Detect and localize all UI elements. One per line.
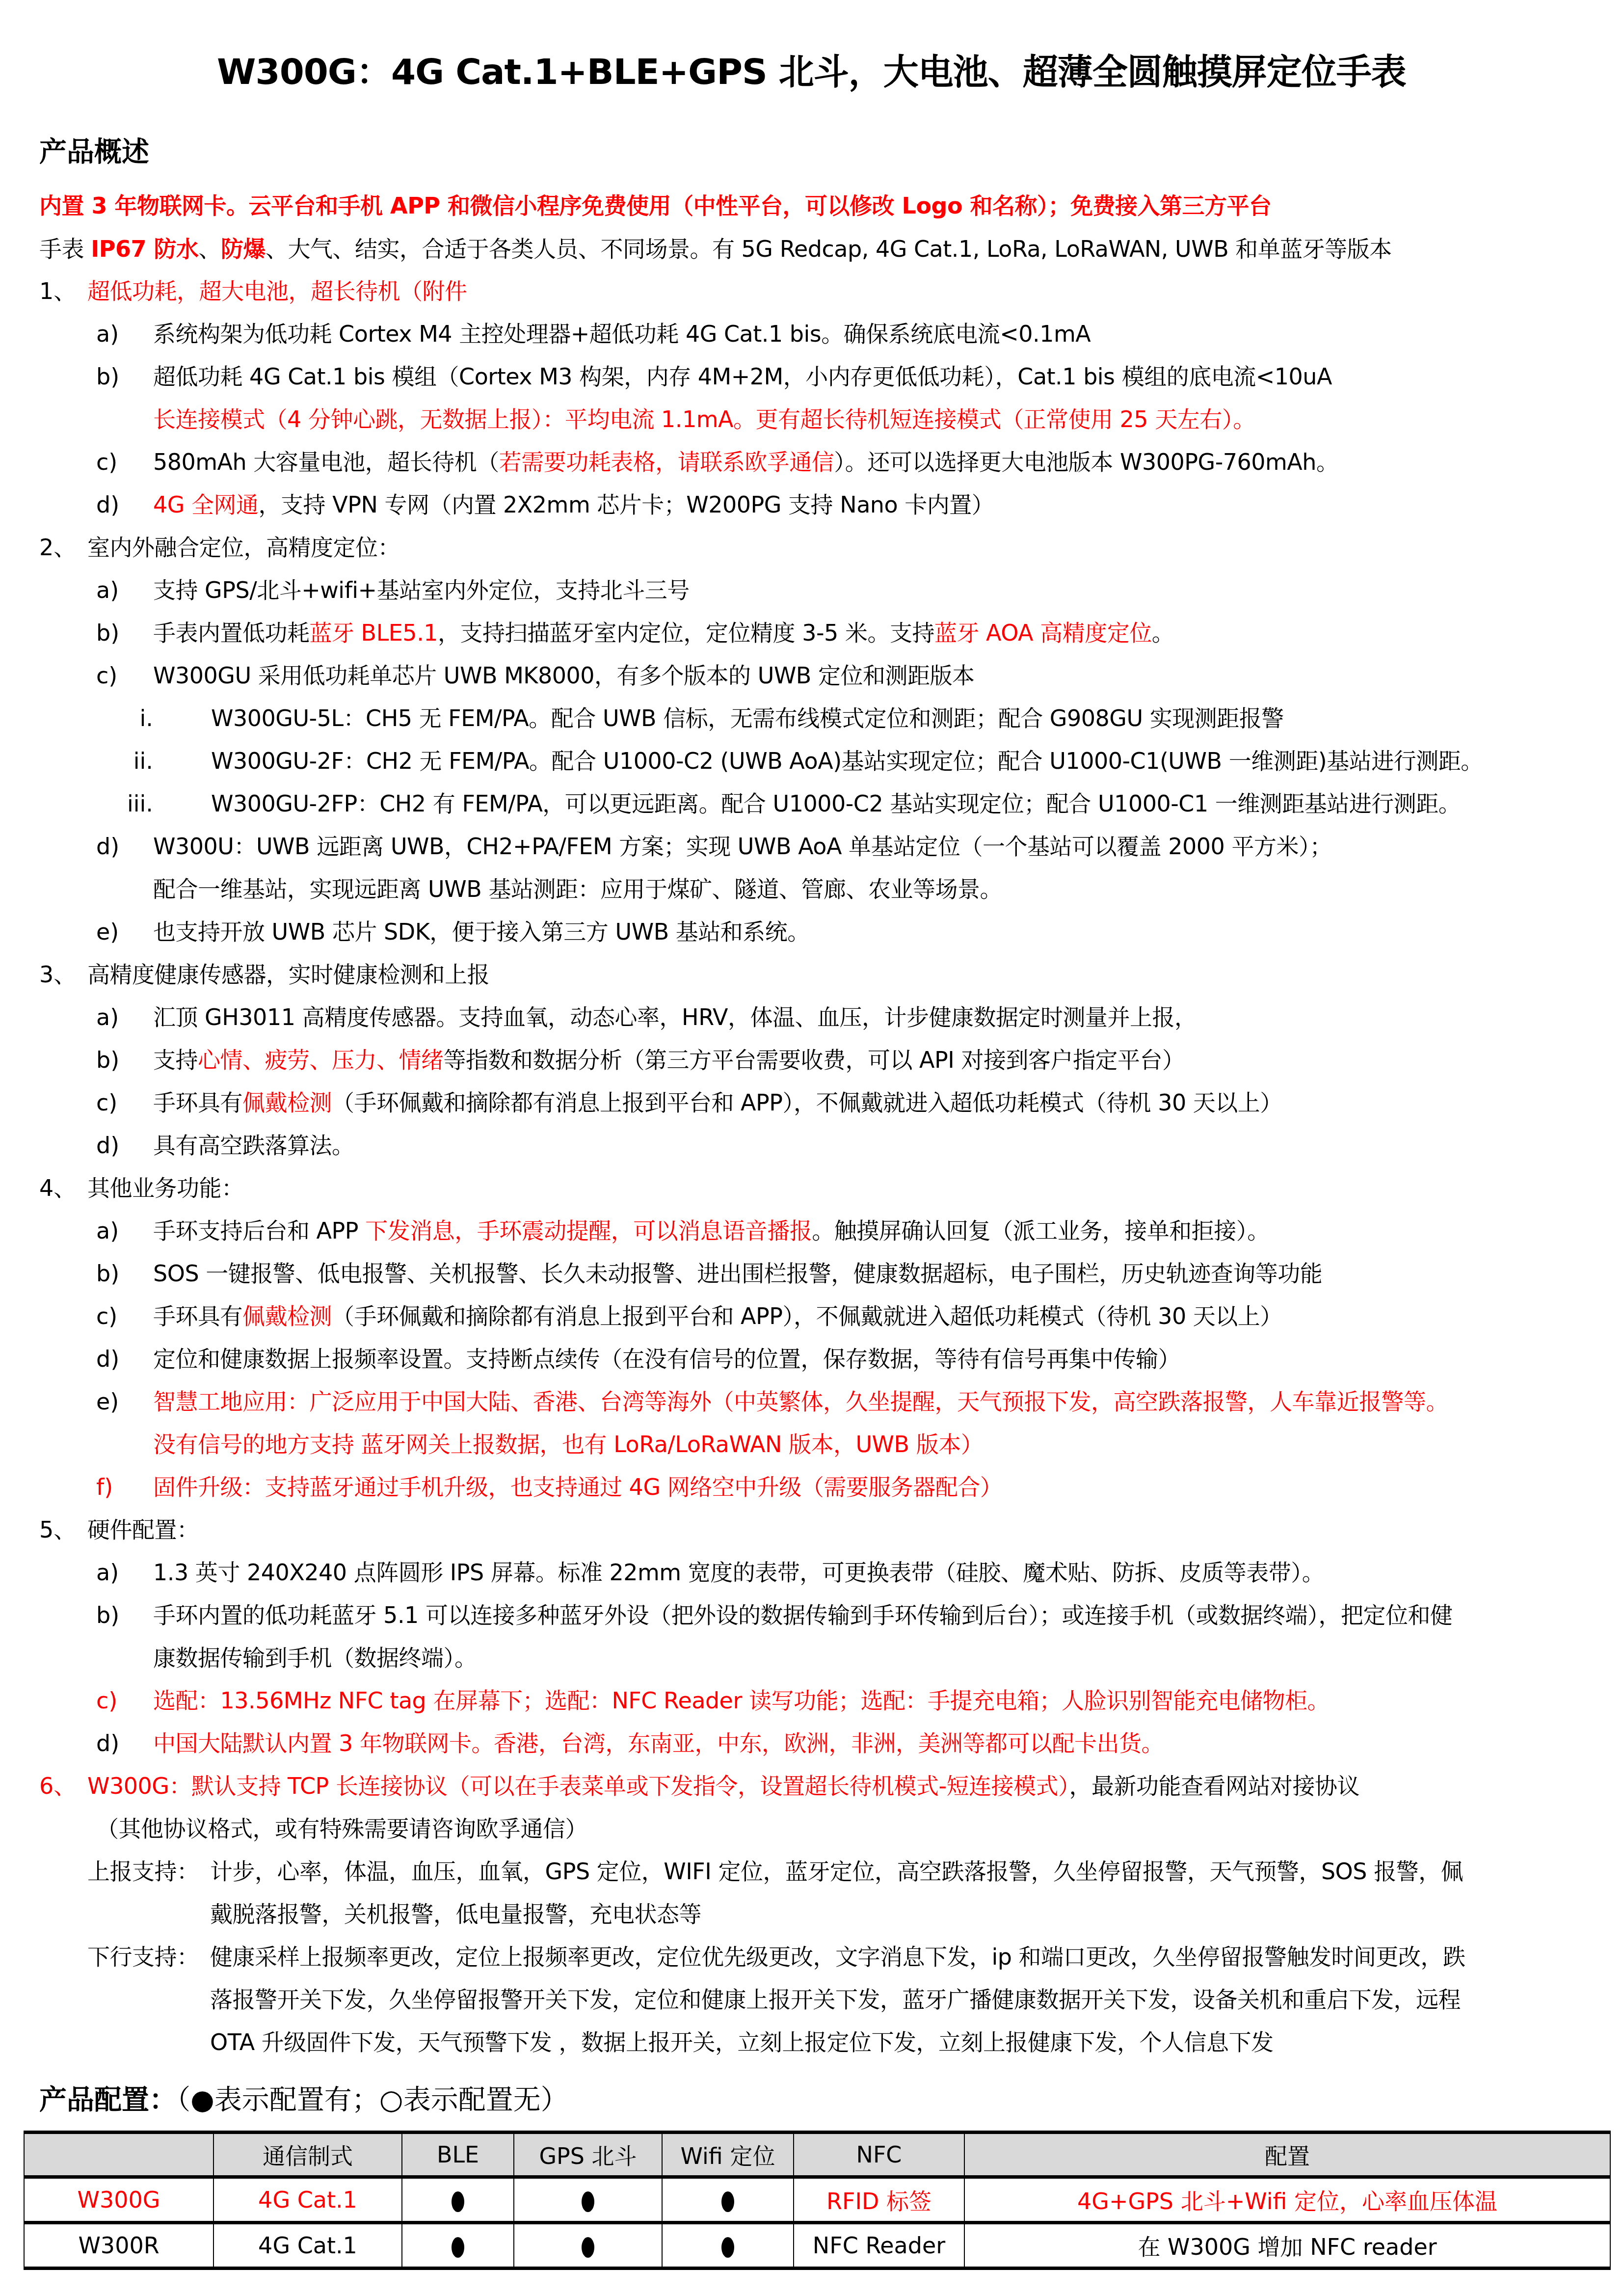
s4-d-marker: d) xyxy=(96,1342,119,1376)
downlink-support-line-2: 落报警开关下发，久坐停留报警开关下发，定位和健康上报开关下发，蓝牙广播健康数据开… xyxy=(210,1982,1461,2017)
s2-b-part: 手表内置低功耗 xyxy=(153,620,310,646)
table-header-row: 通信制式 BLE GPS 北斗 Wifi 定位 NFC 配置 xyxy=(24,2133,1610,2177)
s1-c-marker: c) xyxy=(96,445,117,479)
cell-ble xyxy=(402,2177,514,2223)
s2-b-ble: 蓝牙 BLE5.1 xyxy=(310,620,438,646)
s1-b-marker: b) xyxy=(96,359,119,394)
section-3-number: 3、 xyxy=(39,957,76,992)
s4-a-part: 手环支持后台和 APP xyxy=(153,1217,365,1244)
s2-d-continuation: 配合一维基站，实现远距离 UWB 基站测距：应用于煤矿、隧道、管廊、农业等场景。 xyxy=(153,872,1002,906)
cell-wifi xyxy=(662,2223,794,2269)
s6-part: ，最新功能查看网站对接协议 xyxy=(1069,1773,1360,1799)
s2-a-marker: a) xyxy=(96,573,119,607)
upload-support-line-1: 计步，心率，体温，血压，血氧，GPS 定位，WIFI 定位，蓝牙定位，高空跌落报… xyxy=(210,1854,1463,1889)
downlink-support-line-3: OTA 升级固件下发，天气预警下发 ，数据上报开关，立刻上报定位下发，立刻上报健… xyxy=(210,2025,1273,2059)
s2-c-marker: c) xyxy=(96,658,117,693)
header-comm: 通信制式 xyxy=(213,2133,402,2177)
s3-b-part: 支持 xyxy=(153,1047,198,1073)
overview-intro: 手表 IP67 防水、防爆、大气、结实，合适于各类人员、不同场景。有 5G Re… xyxy=(39,232,1392,266)
s5-a-marker: a) xyxy=(96,1555,119,1590)
s3-a-text: 汇顶 GH3011 高精度传感器。支持血氧，动态心率，HRV，体温、血压，计步健… xyxy=(153,1000,1197,1034)
intro-ip67: IP67 防水 xyxy=(91,236,198,262)
s6-protocol-note: W300G：默认支持 TCP 长连接协议（可以在手表菜单或下发指令，设置超长待机… xyxy=(87,1773,1069,1799)
document-title: W300G：4G Cat.1+BLE+GPS 北斗，大电池、超薄全圆触摸屏定位手… xyxy=(0,47,1623,96)
s1-d-part: ，支持 VPN 专网（内置 2X2mm 芯片卡；W200PG 支持 Nano 卡… xyxy=(259,491,994,518)
s4-c-part: （手环佩戴和摘除都有消息上报到平台和 APP），不佩戴就进入超低功耗模式（待机 … xyxy=(332,1303,1282,1329)
s1-c-part: ）。还可以选择更大电池版本 W300PG-760mAh。 xyxy=(834,449,1338,475)
upload-support-label: 上报支持： xyxy=(87,1854,199,1889)
s3-d-text: 具有高空跌落算法。 xyxy=(153,1128,354,1162)
s5-b-continuation: 康数据传输到手机（数据终端）。 xyxy=(153,1641,477,1675)
cell-model: W300G xyxy=(24,2177,213,2223)
s2-d-text: W300U：UWB 远距离 UWB，CH2+PA/FEM 方案；实现 UWB A… xyxy=(153,829,1332,864)
s2-c-iii-marker: iii. xyxy=(108,786,153,821)
table-row: W300G 4G Cat.1 RFID 标签 4G+GPS 北斗+Wifi 定位… xyxy=(24,2177,1610,2223)
s2-b-part: 。 xyxy=(1152,620,1174,646)
filled-dot-icon xyxy=(582,2191,594,2212)
overview-highlight: 内置 3 年物联网卡。云平台和手机 APP 和微信小程序免费使用（中性平台，可以… xyxy=(39,189,1272,223)
config-heading: 产品配置：（●表示配置有；○表示配置无） xyxy=(39,2080,568,2120)
header-wifi: Wifi 定位 xyxy=(662,2133,794,2177)
filled-dot-icon xyxy=(582,2237,594,2258)
s2-b-marker: b) xyxy=(96,616,119,650)
s2-c-text: W300GU 采用低功耗单芯片 UWB MK8000，有多个版本的 UWB 定位… xyxy=(153,658,975,693)
cell-comm: 4G Cat.1 xyxy=(213,2223,402,2269)
s3-c-marker: c) xyxy=(96,1085,117,1120)
section-3-title: 高精度健康传感器，实时健康检测和上报 xyxy=(87,957,489,992)
s1-c-text: 580mAh 大容量电池，超长待机（若需要功耗表格，请联系欧孚通信）。还可以选择… xyxy=(153,445,1338,479)
s4-c-part: 手环具有 xyxy=(153,1303,242,1329)
datasheet-page: W300G：4G Cat.1+BLE+GPS 北斗，大电池、超薄全圆触摸屏定位手… xyxy=(0,0,1623,2296)
s5-c-text: 选配：13.56MHz NFC tag 在屏幕下；选配：NFC Reader 读… xyxy=(153,1683,1330,1718)
s2-c-i-text: W300GU-5L：CH5 无 FEM/PA。配合 UWB 信标，无需布线模式定… xyxy=(211,701,1284,735)
cell-gps xyxy=(514,2223,662,2269)
s4-a-marker: a) xyxy=(96,1214,119,1248)
section-1-title: 超低功耗，超大电池，超长待机（附件 xyxy=(87,274,467,308)
section-6-text: W300G：默认支持 TCP 长连接协议（可以在手表菜单或下发指令，设置超长待机… xyxy=(87,1769,1359,1803)
s4-c-text: 手环具有佩戴检测（手环佩戴和摘除都有消息上报到平台和 APP），不佩戴就进入超低… xyxy=(153,1299,1282,1333)
s2-e-text: 也支持开放 UWB 芯片 SDK，便于接入第三方 UWB 基站和系统。 xyxy=(153,915,810,949)
s4-b-marker: b) xyxy=(96,1256,119,1291)
s4-c-marker: c) xyxy=(96,1299,117,1333)
upload-support-line-2: 戴脱落报警，关机报警，低电量报警，充电状态等 xyxy=(210,1897,701,1931)
s3-b-text: 支持心情、疲劳、压力、情绪等指数和数据分析（第三方平台需要收费，可以 API 对… xyxy=(153,1043,1185,1077)
s4-c-wear-detect: 佩戴检测 xyxy=(242,1303,332,1329)
s3-b-part: 等指数和数据分析（第三方平台需要收费，可以 API 对接到客户指定平台） xyxy=(444,1047,1185,1073)
s3-b-marker: b) xyxy=(96,1043,119,1077)
filled-dot-icon xyxy=(721,2237,734,2258)
cell-wifi xyxy=(662,2177,794,2223)
s1-c-part: 580mAh 大容量电池，超长待机（ xyxy=(153,449,499,475)
table-row: W300R 4G Cat.1 NFC Reader 在 W300G 增加 NFC… xyxy=(24,2223,1610,2269)
s4-e-text: 智慧工地应用：广泛应用于中国大陆、香港、台湾等海外（中英繁体，久坐提醒，天气预报… xyxy=(153,1384,1448,1419)
s4-a-part: 。触摸屏确认回复（派工业务，接单和拒接）。 xyxy=(812,1217,1270,1244)
section-1-number: 1、 xyxy=(39,274,76,308)
header-nfc: NFC xyxy=(794,2133,964,2177)
cell-model: W300R xyxy=(24,2223,213,2269)
s2-c-ii-text: W300GU-2F：CH2 无 FEM/PA。配合 U1000-C2 (UWB … xyxy=(211,744,1483,778)
s5-d-text: 中国大陆默认内置 3 年物联网卡。香港，台湾，东南亚，中东，欧洲，非洲，美洲等都… xyxy=(153,1726,1164,1760)
product-config-table: 通信制式 BLE GPS 北斗 Wifi 定位 NFC 配置 W300G 4G … xyxy=(24,2131,1611,2270)
header-config: 配置 xyxy=(964,2133,1610,2177)
cell-config: 在 W300G 增加 NFC reader xyxy=(964,2223,1610,2269)
s3-a-marker: a) xyxy=(96,1000,119,1034)
section-4-title: 其他业务功能： xyxy=(87,1171,244,1205)
section-2-number: 2、 xyxy=(39,530,76,565)
header-model xyxy=(24,2133,213,2177)
s1-b-continuation: 长连接模式（4 分钟心跳，无数据上报）：平均电流 1.1mA。更有超长待机短连接… xyxy=(153,402,1255,436)
cell-ble xyxy=(402,2223,514,2269)
downlink-support-label: 下行支持： xyxy=(87,1940,199,1974)
s2-e-marker: e) xyxy=(96,915,119,949)
s2-c-i-marker: i. xyxy=(108,701,153,735)
s5-d-marker: d) xyxy=(96,1726,119,1760)
config-legend: （●表示配置有；○表示配置无） xyxy=(177,2084,568,2116)
filled-dot-icon xyxy=(452,2237,464,2258)
section-2-title: 室内外融合定位，高精度定位： xyxy=(87,530,400,565)
s2-d-marker: d) xyxy=(96,829,119,864)
s4-e-marker: e) xyxy=(96,1384,119,1419)
s4-f-text: 固件升级：支持蓝牙通过手机升级，也支持通过 4G 网络空中升级（需要服务器配合） xyxy=(153,1470,1002,1504)
s2-c-ii-marker: ii. xyxy=(108,744,153,778)
s3-d-marker: d) xyxy=(96,1128,119,1162)
s1-c-contact-note: 若需要功耗表格，请联系欧孚通信 xyxy=(499,449,834,475)
cell-comm: 4G Cat.1 xyxy=(213,2177,402,2223)
s1-d-4g: 4G 全网通 xyxy=(153,491,259,518)
s4-b-text: SOS 一键报警、低电报警、关机报警、长久未动报警、进出围栏报警，健康数据超标，… xyxy=(153,1256,1322,1291)
filled-dot-icon xyxy=(452,2191,464,2212)
s3-c-part: 手环具有 xyxy=(153,1089,242,1116)
section-5-title: 硬件配置： xyxy=(87,1513,199,1547)
s5-b-marker: b) xyxy=(96,1598,119,1632)
s5-a-text: 1.3 英寸 240X240 点阵圆形 IPS 屏幕。标准 22mm 宽度的表带… xyxy=(153,1555,1324,1590)
s3-c-text: 手环具有佩戴检测（手环佩戴和摘除都有消息上报到平台和 APP），不佩戴就进入超低… xyxy=(153,1085,1282,1120)
section-5-number: 5、 xyxy=(39,1513,76,1547)
s4-a-text: 手环支持后台和 APP 下发消息，手环震动提醒，可以消息语音播报。触摸屏确认回复… xyxy=(153,1214,1270,1248)
header-gps: GPS 北斗 xyxy=(514,2133,662,2177)
s2-b-part: ，支持扫描蓝牙室内定位，定位精度 3-5 米。支持 xyxy=(438,620,934,646)
s2-b-text: 手表内置低功耗蓝牙 BLE5.1，支持扫描蓝牙室内定位，定位精度 3-5 米。支… xyxy=(153,616,1174,650)
cell-nfc: NFC Reader xyxy=(794,2223,964,2269)
s2-c-iii-text: W300GU-2FP：CH2 有 FEM/PA，可以更远距离。配合 U1000-… xyxy=(211,786,1461,821)
downlink-support-line-1: 健康采样上报频率更改，定位上报频率更改，定位优先级更改，文字消息下发，ip 和端… xyxy=(210,1940,1465,1974)
s1-d-marker: d) xyxy=(96,487,119,522)
s1-a-text: 系统构架为低功耗 Cortex M4 主控处理器+超低功耗 4G Cat.1 b… xyxy=(153,317,1091,351)
s3-c-wear-detect: 佩戴检测 xyxy=(242,1089,332,1116)
s5-c-marker: c) xyxy=(96,1683,117,1718)
section-4-number: 4、 xyxy=(39,1171,76,1205)
s2-b-aoa: 蓝牙 AOA 高精度定位 xyxy=(934,620,1152,646)
header-ble: BLE xyxy=(402,2133,514,2177)
s1-a-marker: a) xyxy=(96,317,119,351)
intro-rest: 、大气、结实，合适于各类人员、不同场景。有 5G Redcap, 4G Cat.… xyxy=(266,236,1392,262)
s6-continuation: （其他协议格式，或有特殊需要请咨询欧孚通信） xyxy=(96,1811,587,1846)
s2-a-text: 支持 GPS/北斗+wifi+基站室内外定位，支持北斗三号 xyxy=(153,573,690,607)
s1-b-text: 超低功耗 4G Cat.1 bis 模组（Cortex M3 构架，内存 4M+… xyxy=(153,359,1332,394)
overview-heading: 产品概述 xyxy=(39,133,149,172)
s4-e-continuation: 没有信号的地方支持 蓝牙网关上报数据，也有 LoRa/LoRaWAN 版本，UW… xyxy=(153,1427,983,1461)
config-heading-label: 产品配置： xyxy=(39,2084,177,2116)
s4-f-marker: f) xyxy=(96,1470,113,1504)
cell-config: 4G+GPS 北斗+Wifi 定位，心率血压体温 xyxy=(964,2177,1610,2223)
s3-c-part: （手环佩戴和摘除都有消息上报到平台和 APP），不佩戴就进入超低功耗模式（待机 … xyxy=(332,1089,1282,1116)
intro-explosion-proof: 防爆 xyxy=(221,236,266,262)
cell-nfc: RFID 标签 xyxy=(794,2177,964,2223)
cell-gps xyxy=(514,2177,662,2223)
section-6-number: 6、 xyxy=(39,1769,76,1803)
intro-sep: 、 xyxy=(198,236,221,262)
filled-dot-icon xyxy=(721,2191,734,2212)
intro-text: 手表 xyxy=(39,236,91,262)
s1-d-text: 4G 全网通，支持 VPN 专网（内置 2X2mm 芯片卡；W200PG 支持 … xyxy=(153,487,994,522)
s4-d-text: 定位和健康数据上报频率设置。支持断点续传（在没有信号的位置，保存数据，等待有信号… xyxy=(153,1342,1180,1376)
s3-b-mood-metrics: 心情、疲劳、压力、情绪 xyxy=(198,1047,444,1073)
s5-b-text: 手环内置的低功耗蓝牙 5.1 可以连接多种蓝牙外设（把外设的数据传输到手环传输到… xyxy=(153,1598,1452,1632)
s4-a-messaging: 下发消息，手环震动提醒，可以消息语音播报 xyxy=(365,1217,812,1244)
